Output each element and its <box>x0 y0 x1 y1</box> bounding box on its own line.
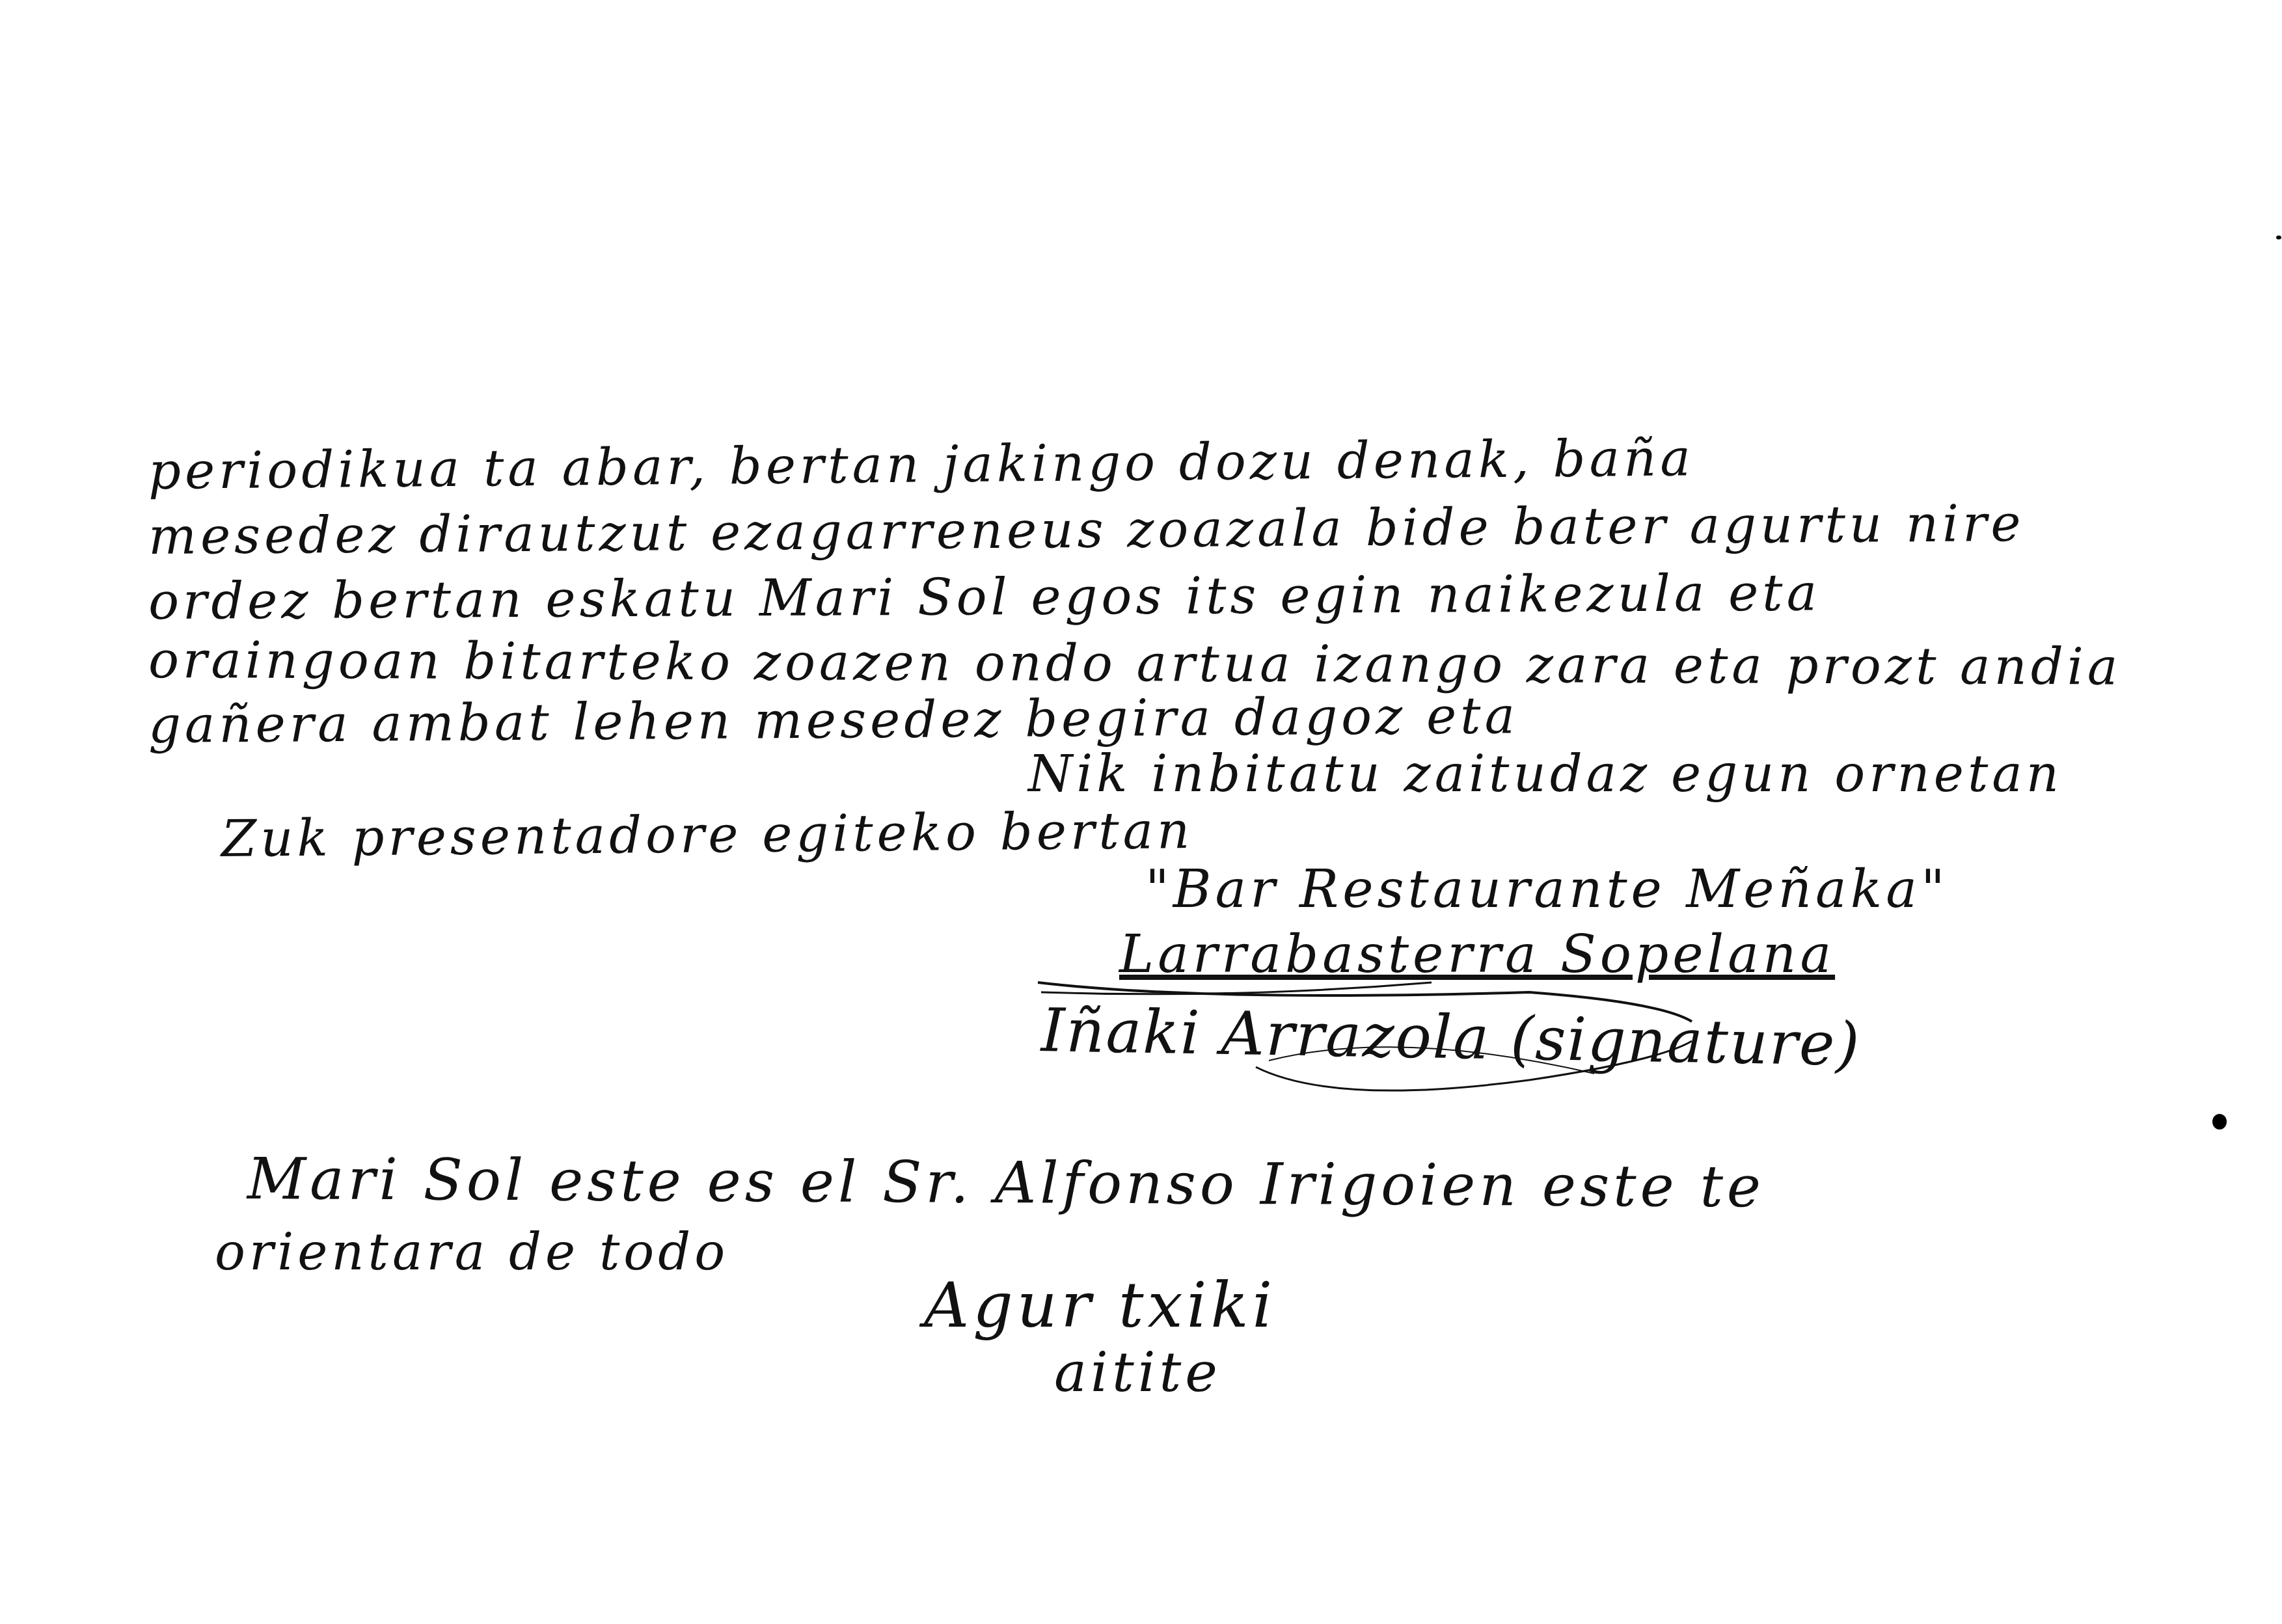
postscript-line-2: orientara de todo <box>215 1223 729 1282</box>
invitation-line-2: Zuk presentadore egiteko bertan <box>221 802 1194 869</box>
closing-sender: aitite <box>1054 1340 1221 1404</box>
signature: Iñaki Arrazola (signature) <box>1040 995 1861 1079</box>
letter-line-2: mesedez dirautzut ezagarreneus zoazala b… <box>148 494 2025 566</box>
scan-artifact-mark <box>2276 236 2281 239</box>
scanned-letter-page: periodikua ta abar, bertan jakingo dozu … <box>0 0 2282 1624</box>
letter-line-1: periodikua ta abar, bertan jakingo dozu … <box>148 429 1694 501</box>
letter-line-3: ordez bertan eskatu Mari Sol egos its eg… <box>148 564 1821 631</box>
postscript-line-1: Mari Sol este es el Sr. Alfonso Irigoien… <box>247 1145 1765 1220</box>
closing-farewell: Agur txiki <box>924 1269 1276 1342</box>
venue-name: "Bar Restaurante Meñaka" <box>1145 859 1949 919</box>
scan-artifact-dot <box>2212 1114 2227 1130</box>
letter-line-4: oraingoan bitarteko zoazen ondo artua iz… <box>148 631 2122 697</box>
invitation-line-1: Nik inbitatu zaitudaz egun ornetan <box>1028 745 2063 804</box>
